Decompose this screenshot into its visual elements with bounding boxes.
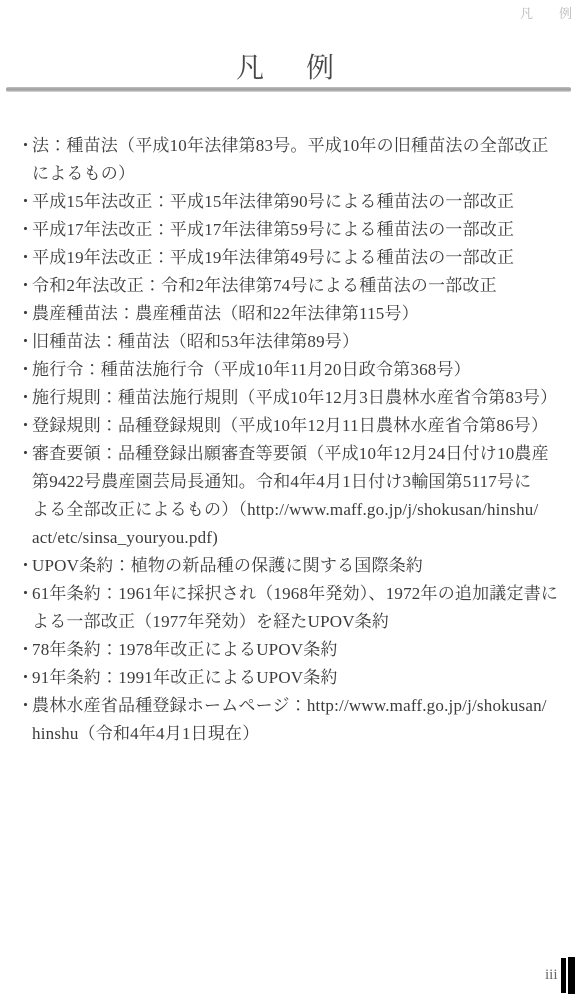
- list-item-line-first: ・91年条約：1991年改正によるUPOV条約: [20, 664, 571, 692]
- list-item-line-cont: act/etc/sinsa_youryou.pdf): [20, 524, 571, 552]
- list-item-text: hinshu（令和4年4月1日現在）: [32, 724, 259, 743]
- list-item: ・農林水産省品種登録ホームページ：http://www.maff.go.jp/j…: [20, 692, 571, 748]
- list-item: ・平成19年法改正：平成19年法律第49号による種苗法の一部改正: [20, 244, 571, 272]
- list-item: ・旧種苗法：種苗法（昭和53年法律第89号）: [20, 328, 571, 356]
- list-item: ・平成15年法改正：平成15年法律第90号による種苗法の一部改正: [20, 188, 571, 216]
- bullet-marker: ・: [20, 384, 32, 412]
- binding-mark-bar-2: [568, 957, 575, 994]
- bullet-marker: ・: [20, 552, 32, 580]
- bullet-marker: ・: [20, 636, 32, 664]
- list-item-line-cont: hinshu（令和4年4月1日現在）: [20, 720, 571, 748]
- document-page: 凡 例 凡 例 ・法：種苗法（平成10年法律第83号。平成10年の旧種苗法の全部…: [0, 0, 577, 1000]
- list-item: ・農産種苗法：農産種苗法（昭和22年法律第115号）: [20, 300, 571, 328]
- list-item-text: 登録規則：品種登録規則（平成10年12月11日農林水産省令第86号）: [32, 416, 548, 435]
- list-item-text: 平成15年法改正：平成15年法律第90号による種苗法の一部改正: [32, 192, 514, 211]
- page-title: 凡 例: [0, 46, 577, 86]
- list-item-text: 審査要領：品種登録出願審査等要領（平成10年12月24日付け10農産: [32, 444, 549, 463]
- list-item-line-first: ・農産種苗法：農産種苗法（昭和22年法律第115号）: [20, 300, 571, 328]
- bullet-marker: ・: [20, 580, 32, 608]
- bullet-marker: ・: [20, 216, 32, 244]
- list-item-text: 第9422号農産園芸局長通知。令和4年4月1日付け3輸国第5117号に: [32, 472, 531, 491]
- list-item: ・91年条約：1991年改正によるUPOV条約: [20, 664, 571, 692]
- title-underline-rule: [6, 87, 571, 92]
- list-item: ・平成17年法改正：平成17年法律第59号による種苗法の一部改正: [20, 216, 571, 244]
- list-item-text: 61年条約：1961年に採択され（1968年発効）、1972年の追加議定書に: [32, 584, 558, 603]
- running-head: 凡 例: [520, 3, 572, 22]
- list-item-text: によるもの）: [32, 164, 135, 183]
- list-item-text: 法：種苗法（平成10年法律第83号。平成10年の旧種苗法の全部改正: [32, 136, 549, 155]
- list-item: ・令和2年法改正：令和2年法律第74号による種苗法の一部改正: [20, 272, 571, 300]
- list-item-text: 施行規則：種苗法施行規則（平成10年12月3日農林水産省令第83号）: [32, 388, 557, 407]
- bullet-marker: ・: [20, 300, 32, 328]
- bullet-marker: ・: [20, 188, 32, 216]
- bullet-marker: ・: [20, 244, 32, 272]
- bullet-marker: ・: [20, 692, 32, 720]
- list-item: ・施行規則：種苗法施行規則（平成10年12月3日農林水産省令第83号）: [20, 384, 571, 412]
- list-item-line-first: ・令和2年法改正：令和2年法律第74号による種苗法の一部改正: [20, 272, 571, 300]
- list-item-text: 令和2年法改正：令和2年法律第74号による種苗法の一部改正: [32, 276, 497, 295]
- list-item-text: 平成19年法改正：平成19年法律第49号による種苗法の一部改正: [32, 248, 514, 267]
- list-item-line-first: ・UPOV条約：植物の新品種の保護に関する国際条約: [20, 552, 571, 580]
- list-item: ・78年条約：1978年改正によるUPOV条約: [20, 636, 571, 664]
- list-item-text: 91年条約：1991年改正によるUPOV条約: [32, 668, 338, 687]
- list-item-text: 平成17年法改正：平成17年法律第59号による種苗法の一部改正: [32, 220, 514, 239]
- list-item-text: よる一部改正（1977年発効）を経たUPOV条約: [32, 612, 389, 631]
- bullet-marker: ・: [20, 664, 32, 692]
- list-item: ・61年条約：1961年に採択され（1968年発効）、1972年の追加議定書によ…: [20, 580, 571, 636]
- list-item-line-first: ・農林水産省品種登録ホームページ：http://www.maff.go.jp/j…: [20, 692, 571, 720]
- list-item-text: 農林水産省品種登録ホームページ：http://www.maff.go.jp/j/…: [32, 696, 547, 715]
- list-item-line-cont: によるもの）: [20, 160, 571, 188]
- list-item-line-first: ・法：種苗法（平成10年法律第83号。平成10年の旧種苗法の全部改正: [20, 132, 571, 160]
- list-item-line-cont: よる全部改正によるもの）（http://www.maff.go.jp/j/sho…: [20, 496, 571, 524]
- list-item-line-first: ・平成17年法改正：平成17年法律第59号による種苗法の一部改正: [20, 216, 571, 244]
- list-item-text: よる全部改正によるもの）（http://www.maff.go.jp/j/sho…: [32, 500, 538, 519]
- list-item-line-first: ・78年条約：1978年改正によるUPOV条約: [20, 636, 571, 664]
- bullet-marker: ・: [20, 412, 32, 440]
- bullet-marker: ・: [20, 440, 32, 468]
- list-item-line-cont: 第9422号農産園芸局長通知。令和4年4月1日付け3輸国第5117号に: [20, 468, 571, 496]
- list-item-line-first: ・登録規則：品種登録規則（平成10年12月11日農林水産省令第86号）: [20, 412, 571, 440]
- list-item: ・UPOV条約：植物の新品種の保護に関する国際条約: [20, 552, 571, 580]
- page-number: iii: [545, 967, 558, 984]
- list-item-line-cont: よる一部改正（1977年発効）を経たUPOV条約: [20, 608, 571, 636]
- list-item-line-first: ・施行令：種苗法施行令（平成10年11月20日政令第368号）: [20, 356, 571, 384]
- binding-mark-bar-1: [561, 958, 566, 993]
- list-item-line-first: ・旧種苗法：種苗法（昭和53年法律第89号）: [20, 328, 571, 356]
- bullet-marker: ・: [20, 328, 32, 356]
- list-item-line-first: ・61年条約：1961年に採択され（1968年発効）、1972年の追加議定書に: [20, 580, 571, 608]
- list-item-line-first: ・審査要領：品種登録出願審査等要領（平成10年12月24日付け10農産: [20, 440, 571, 468]
- bullet-marker: ・: [20, 272, 32, 300]
- list-item: ・審査要領：品種登録出願審査等要領（平成10年12月24日付け10農産第9422…: [20, 440, 571, 552]
- list-item-line-first: ・平成15年法改正：平成15年法律第90号による種苗法の一部改正: [20, 188, 571, 216]
- bullet-marker: ・: [20, 356, 32, 384]
- list-item-text: act/etc/sinsa_youryou.pdf): [32, 528, 218, 547]
- list-item-text: UPOV条約：植物の新品種の保護に関する国際条約: [32, 556, 423, 575]
- list-item-line-first: ・施行規則：種苗法施行規則（平成10年12月3日農林水産省令第83号）: [20, 384, 571, 412]
- list-item-text: 78年条約：1978年改正によるUPOV条約: [32, 640, 338, 659]
- list-item-text: 農産種苗法：農産種苗法（昭和22年法律第115号）: [32, 304, 419, 323]
- list-item-text: 施行令：種苗法施行令（平成10年11月20日政令第368号）: [32, 360, 471, 379]
- list-item: ・登録規則：品種登録規則（平成10年12月11日農林水産省令第86号）: [20, 412, 571, 440]
- bullet-marker: ・: [20, 132, 32, 160]
- glossary-list: ・法：種苗法（平成10年法律第83号。平成10年の旧種苗法の全部改正によるもの）…: [20, 132, 571, 748]
- list-item: ・法：種苗法（平成10年法律第83号。平成10年の旧種苗法の全部改正によるもの）: [20, 132, 571, 188]
- list-item: ・施行令：種苗法施行令（平成10年11月20日政令第368号）: [20, 356, 571, 384]
- list-item-text: 旧種苗法：種苗法（昭和53年法律第89号）: [32, 332, 359, 351]
- list-item-line-first: ・平成19年法改正：平成19年法律第49号による種苗法の一部改正: [20, 244, 571, 272]
